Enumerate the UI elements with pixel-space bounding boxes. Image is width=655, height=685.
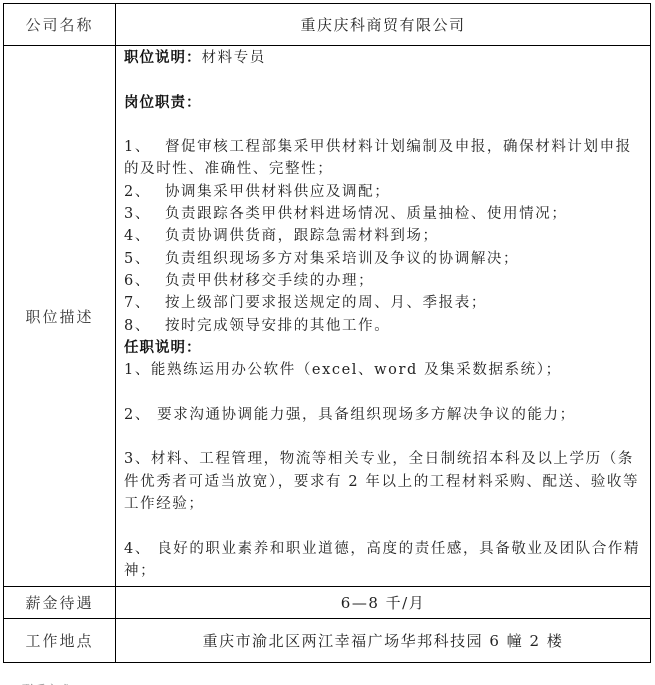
- description-content: 职位说明：材料专员 岗位职责： 1、督促审核工程部集采甲供材料计划编制及申报，确…: [116, 46, 651, 587]
- salary-label: 薪金待遇: [4, 587, 116, 619]
- spacer: [124, 515, 644, 537]
- location-label: 工作地点: [4, 619, 116, 663]
- duty-item: 1、督促审核工程部集采甲供材料计划编制及申报，确保材料计划申报的及时性、准确性、…: [124, 136, 644, 181]
- location-value: 重庆市渝北区两江幸福广场华邦科技园 6 幢 2 楼: [116, 619, 651, 663]
- duties-heading: 岗位职责：: [124, 95, 202, 111]
- duties-heading-line: 岗位职责：: [124, 92, 644, 114]
- duty-item: 6、负责甲供材移交手续的办理；: [124, 270, 644, 292]
- duty-item: 4、负责协调供货商，跟踪急需材料到场；: [124, 225, 644, 247]
- location-row: 工作地点 重庆市渝北区两江幸福广场华邦科技园 6 幢 2 楼: [4, 619, 651, 663]
- requirement-item: 3、材料、工程管理，物流等相关专业，全日制统招本科及以上学历（条件优秀者可适当放…: [124, 448, 644, 515]
- duty-item: 8、按时完成领导安排的其他工作。: [124, 315, 644, 337]
- requirement-item: 4、 良好的职业素养和职业道德，高度的责任感，具备敬业及团队合作精神；: [124, 538, 644, 583]
- position-line: 职位说明：材料专员: [124, 47, 644, 69]
- salary-value: 6—8 千/月: [116, 587, 651, 619]
- job-posting-table: 公司名称 重庆庆科商贸有限公司 职位描述 职位说明：材料专员 岗位职责： 1、督…: [3, 3, 651, 663]
- position-heading: 职位说明：: [124, 50, 202, 66]
- spacer: [124, 69, 644, 91]
- requirement-item: 1、能熟练运用办公软件（excel、word 及集采数据系统）；: [124, 359, 644, 381]
- duty-item: 7、按上级部门要求报送规定的周、月、季报表；: [124, 292, 644, 314]
- footer-partial-text: 联系方式: [22, 681, 70, 685]
- company-row: 公司名称 重庆庆科商贸有限公司: [4, 4, 651, 46]
- requirements-heading-line: 任职说明：: [124, 337, 644, 359]
- company-name: 重庆庆科商贸有限公司: [116, 4, 651, 46]
- duty-item: 2、协调集采甲供材料供应及调配；: [124, 181, 644, 203]
- company-label: 公司名称: [4, 4, 116, 46]
- spacer: [124, 114, 644, 136]
- spacer: [124, 381, 644, 403]
- salary-row: 薪金待遇 6—8 千/月: [4, 587, 651, 619]
- spacer: [124, 426, 644, 448]
- requirement-item: 2、 要求沟通协调能力强，具备组织现场多方解决争议的能力；: [124, 404, 644, 426]
- position-value: 材料专员: [202, 50, 266, 66]
- description-row: 职位描述 职位说明：材料专员 岗位职责： 1、督促审核工程部集采甲供材料计划编制…: [4, 46, 651, 587]
- requirements-heading: 任职说明：: [124, 340, 202, 356]
- duty-item: 3、负责跟踪各类甲供材料进场情况、质量抽检、使用情况；: [124, 203, 644, 225]
- duty-item: 5、负责组织现场多方对集采培训及争议的协调解决；: [124, 248, 644, 270]
- description-label: 职位描述: [4, 46, 116, 587]
